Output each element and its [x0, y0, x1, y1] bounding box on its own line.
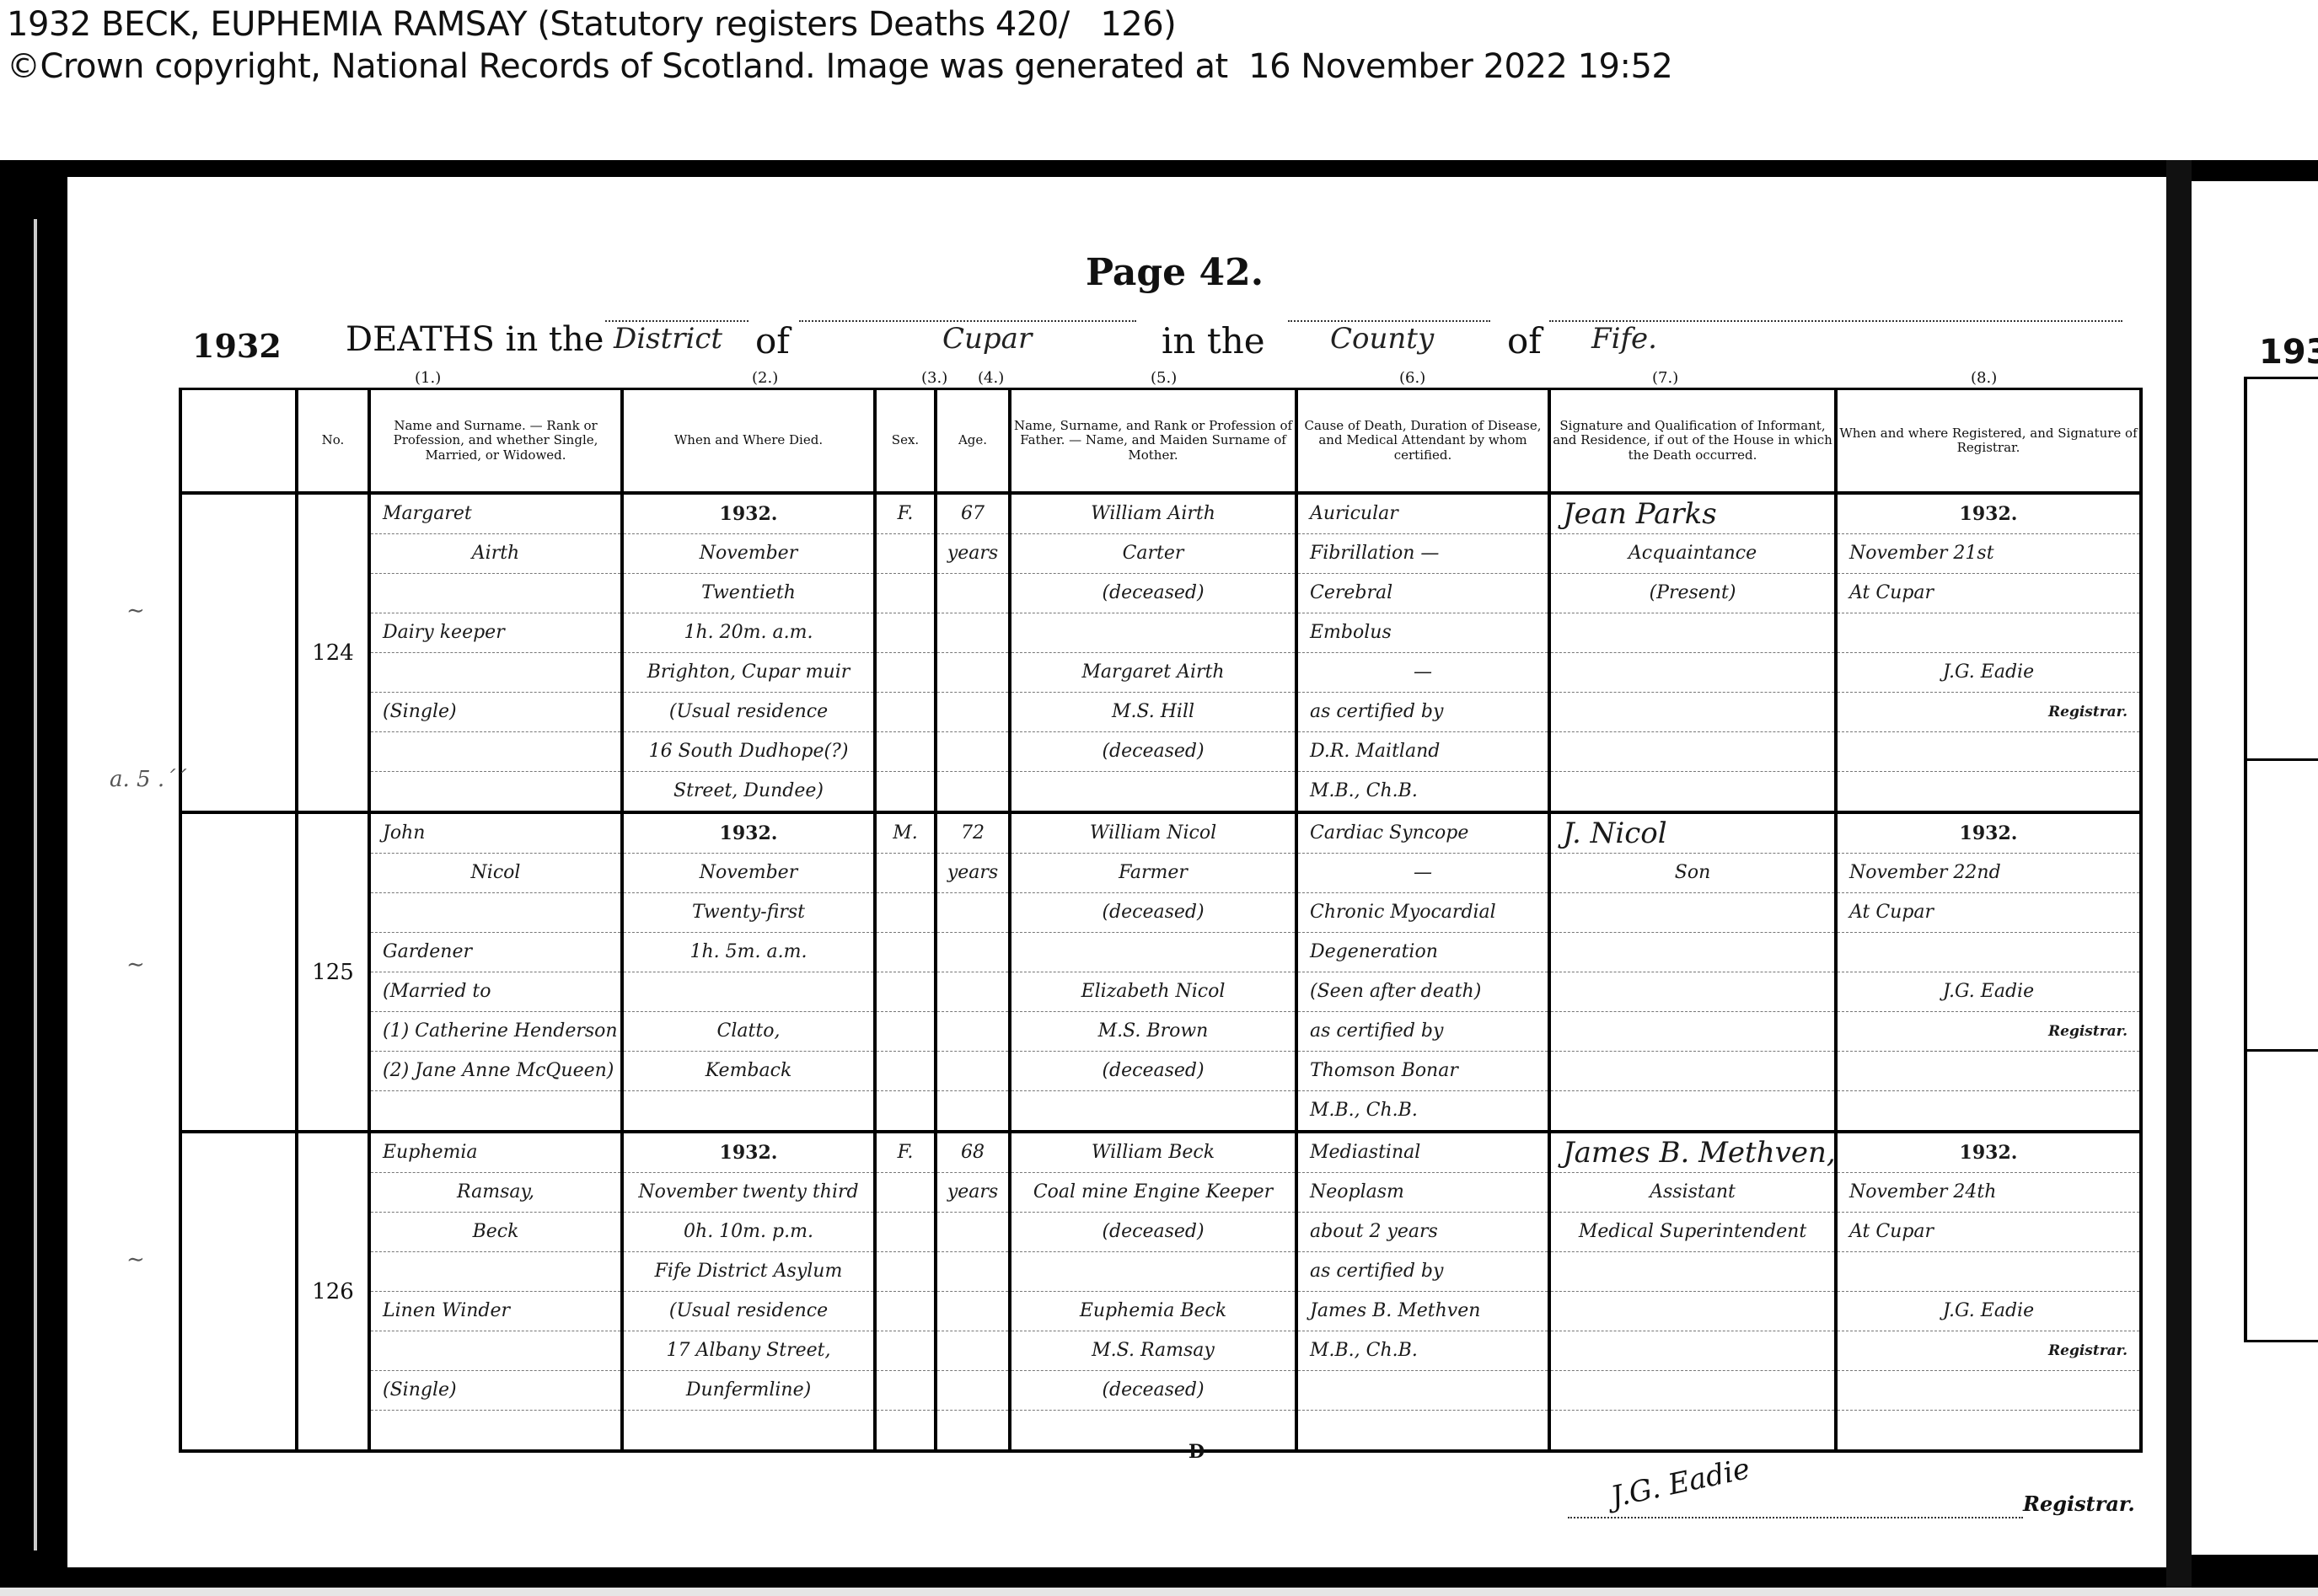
registrar-signature: J.G. Eadie — [1608, 1452, 1753, 1514]
when-where-cell-line: 1h. 5m. a.m. — [624, 933, 873, 972]
name-cell-line: (Married to — [371, 972, 620, 1012]
cause-cell-line: (Seen after death) — [1298, 972, 1548, 1012]
deaths-register-table: No. Name and Surname. — Rank or Professi… — [179, 388, 2143, 1453]
header-name: Name and Surname. — Rank or Profession, … — [369, 389, 622, 494]
parents-cell-line: William Airth — [1011, 495, 1295, 534]
cause-cell-line: Cardiac Syncope — [1298, 814, 1548, 854]
informant-cell-line — [1551, 732, 1834, 772]
informant-cell-line — [1551, 1292, 1834, 1331]
registrar-label: Registrar. — [2023, 1492, 2135, 1516]
when-where-cell-line: Brighton, Cupar muir — [624, 653, 873, 693]
sex-cell: F. — [875, 493, 936, 812]
scan-bottom-edge — [0, 1588, 2318, 1596]
informant-cell-line — [1551, 693, 1834, 732]
header-no: No. — [297, 389, 369, 494]
name-cell-line — [371, 1331, 620, 1371]
parents-cell-line: M.S. Hill — [1011, 693, 1295, 732]
cause-cell-line: as certified by — [1298, 1012, 1548, 1052]
parents-cell-line: William Nicol — [1011, 814, 1295, 854]
informant-cell-line — [1551, 1052, 1834, 1091]
cause-cell-line: Neoplasm — [1298, 1173, 1548, 1213]
sex-line — [877, 1292, 934, 1331]
name-cell: EuphemiaRamsay,BeckLinen Winder(Single) — [369, 1132, 622, 1451]
header-when-where: When and Where Died. — [622, 389, 875, 494]
sex-line — [877, 732, 934, 772]
entry-number: 126 — [297, 1132, 369, 1451]
registered-cell-line: At Cupar — [1838, 574, 2139, 613]
informant-cell-line — [1551, 1012, 1834, 1052]
age-cell: 68years — [936, 1132, 1010, 1451]
parents-cell-line: William Beck — [1011, 1133, 1295, 1173]
signature-line — [1568, 1517, 2023, 1518]
informant-cell-line: (Present) — [1551, 574, 1834, 613]
parents-cell-line: Coal mine Engine Keeper — [1011, 1173, 1295, 1213]
parents-cell-line: (deceased) — [1011, 1052, 1295, 1091]
copyright-notice: ©Crown copyright, National Records of Sc… — [7, 47, 1672, 86]
cause-cell-line: Embolus — [1298, 613, 1548, 653]
sex-line: F. — [877, 1133, 934, 1173]
age-cell: 72years — [936, 812, 1010, 1132]
registered-cell-line — [1838, 933, 2139, 972]
column-number: (4.) — [978, 369, 1004, 387]
margin-cell — [180, 1132, 297, 1451]
parents-cell-line — [1011, 1411, 1295, 1449]
name-cell: MargaretAirthDairy keeper(Single) — [369, 493, 622, 812]
informant-cell-line: Medical Superintendent — [1551, 1213, 1834, 1252]
column-number: (6.) — [1399, 369, 1425, 387]
registered-cell-line: 1932. — [1838, 495, 2139, 534]
when-where-cell-line: 1932. — [624, 495, 873, 534]
informant-cell-line — [1551, 613, 1834, 653]
parents-cell-line: Margaret Airth — [1011, 653, 1295, 693]
name-cell-line: Ramsay, — [371, 1173, 620, 1213]
cause-cell-line: as certified by — [1298, 1252, 1548, 1292]
cause-cell-line: Mediastinal — [1298, 1133, 1548, 1173]
when-where-cell: 1932.NovemberTwentieth1h. 20m. a.m.Brigh… — [622, 493, 875, 812]
age-cell: 67years — [936, 493, 1010, 812]
registered-cell-line: J.G. Eadie — [1838, 972, 2139, 1012]
when-where-cell-line: 1932. — [624, 1133, 873, 1173]
informant-cell: J. NicolSon — [1549, 812, 1836, 1132]
name-cell-line — [371, 893, 620, 933]
header-registered: When and where Registered, and Signature… — [1836, 389, 2141, 494]
age-line — [937, 893, 1008, 933]
header-parents: Name, Surname, and Rank or Profession of… — [1010, 389, 1296, 494]
cause-cell-line: about 2 years — [1298, 1213, 1548, 1252]
name-cell-line: Nicol — [371, 854, 620, 893]
when-where-cell-line: November twenty third — [624, 1173, 873, 1213]
parents-cell-line: M.S. Brown — [1011, 1012, 1295, 1052]
parents-cell-line: M.S. Ramsay — [1011, 1331, 1295, 1371]
age-line — [937, 653, 1008, 693]
record-title: 1932 BECK, EUPHEMIA RAMSAY (Statutory re… — [7, 5, 1176, 44]
sex-line: M. — [877, 814, 934, 854]
parents-cell-line: (deceased) — [1011, 1213, 1295, 1252]
margin-cell — [180, 812, 297, 1132]
informant-cell-line: James B. Methven, — [1551, 1133, 1834, 1173]
registered-cell-line: At Cupar — [1838, 1213, 2139, 1252]
age-line — [937, 972, 1008, 1012]
registered-cell-line — [1838, 732, 2139, 772]
informant-cell-line — [1551, 1371, 1834, 1411]
informant-cell-line: Acquaintance — [1551, 534, 1834, 574]
registered-cell-line: Registrar. — [1838, 1012, 2139, 1052]
entry-number: 124 — [297, 493, 369, 812]
when-where-cell-line: 0h. 10m. p.m. — [624, 1213, 873, 1252]
sex-line — [877, 693, 934, 732]
name-cell-line: Airth — [371, 534, 620, 574]
registered-cell: 1932.November 24thAt CuparJ.G. EadieRegi… — [1836, 1132, 2141, 1451]
cause-cell: AuricularFibrillation —CerebralEmbolus—a… — [1296, 493, 1549, 812]
column-number: (7.) — [1652, 369, 1678, 387]
margin-note: ∼ — [126, 1247, 145, 1272]
informant-cell-line — [1551, 933, 1834, 972]
when-where-cell-line: Dunfermline) — [624, 1371, 873, 1411]
cause-cell-line: — — [1298, 854, 1548, 893]
margin-note: ∼ — [126, 952, 145, 977]
cause-cell-line: Chronic Myocardial — [1298, 893, 1548, 933]
informant-cell-line — [1551, 1252, 1834, 1292]
age-line — [937, 1331, 1008, 1371]
age-line — [937, 1371, 1008, 1411]
table-row: 125JohnNicolGardener(Married to(1) Cathe… — [180, 812, 2141, 1132]
cause-cell-line: as certified by — [1298, 693, 1548, 732]
register-year: 1932 — [192, 327, 282, 365]
parents-cell-line — [1011, 933, 1295, 972]
registered-cell-line — [1838, 1252, 2139, 1292]
age-line: years — [937, 534, 1008, 574]
name-cell-line — [371, 732, 620, 772]
parents-cell-line: Carter — [1011, 534, 1295, 574]
parents-cell: William BeckCoal mine Engine Keeper(dece… — [1010, 1132, 1296, 1451]
sex-line — [877, 1252, 934, 1292]
district-name: Cupar — [942, 322, 1032, 356]
registered-cell: 1932.November 21stAt CuparJ.G. EadieRegi… — [1836, 493, 2141, 812]
margin-note: ∼ — [126, 598, 145, 624]
registered-cell-line — [1838, 1371, 2139, 1411]
name-cell-line: (1) Catherine Henderson — [371, 1012, 620, 1052]
book-gutter — [2166, 160, 2192, 1596]
when-where-cell-line: Street, Dundee) — [624, 772, 873, 811]
sex-line — [877, 1371, 934, 1411]
when-where-cell-line: November — [624, 534, 873, 574]
when-where-cell-line: Twenty-first — [624, 893, 873, 933]
header-sex: Sex. — [875, 389, 936, 494]
sex-line — [877, 1213, 934, 1252]
informant-cell: James B. Methven,AssistantMedical Superi… — [1549, 1132, 1836, 1451]
name-cell-line: (2) Jane Anne McQueen) — [371, 1052, 620, 1091]
sex-line — [877, 1052, 934, 1091]
when-where-cell-line: 1h. 20m. a.m. — [624, 613, 873, 653]
in-the-label: in the — [1162, 320, 1265, 362]
age-line — [937, 732, 1008, 772]
parents-cell-line: (deceased) — [1011, 574, 1295, 613]
column-number: (2.) — [752, 369, 778, 387]
registered-cell-line: November 22nd — [1838, 854, 2139, 893]
informant-cell-line: J. Nicol — [1551, 814, 1834, 854]
cause-cell-line: M.B., Ch.B. — [1298, 1331, 1548, 1371]
margin-cell — [180, 493, 297, 812]
informant-cell-line — [1551, 772, 1834, 811]
registered-cell-line: Registrar. — [1838, 693, 2139, 732]
cause-cell: Cardiac Syncope—Chronic MyocardialDegene… — [1296, 812, 1549, 1132]
age-line — [937, 1091, 1008, 1130]
sex-line — [877, 933, 934, 972]
age-line — [937, 772, 1008, 811]
age-line — [937, 1052, 1008, 1091]
informant-cell-line — [1551, 972, 1834, 1012]
age-line: 72 — [937, 814, 1008, 854]
facing-page: 193 — [2192, 181, 2318, 1555]
when-where-cell-line: 16 South Dudhope(?) — [624, 732, 873, 772]
when-where-cell-line — [624, 972, 873, 1012]
sex-line — [877, 534, 934, 574]
age-line: years — [937, 1173, 1008, 1213]
informant-cell-line — [1551, 1331, 1834, 1371]
cause-cell-line: Fibrillation — — [1298, 534, 1548, 574]
column-number: (8.) — [1971, 369, 1997, 387]
cause-cell-line — [1298, 1411, 1548, 1449]
registered-cell-line: Registrar. — [1838, 1331, 2139, 1371]
age-line — [937, 1012, 1008, 1052]
facing-page-year: 193 — [2259, 333, 2318, 372]
name-cell-line — [371, 1252, 620, 1292]
name-cell-line: Linen Winder — [371, 1292, 620, 1331]
register-scan: Page 42. 1932 DEATHS in the District of … — [0, 160, 2318, 1596]
facing-page-table — [2244, 377, 2318, 1342]
age-line — [937, 1411, 1008, 1449]
sex-line — [877, 854, 934, 893]
parents-cell-line: Farmer — [1011, 854, 1295, 893]
cause-cell-line: M.B., Ch.B. — [1298, 772, 1548, 811]
name-cell-line — [371, 574, 620, 613]
sex-line — [877, 574, 934, 613]
sex-line — [877, 653, 934, 693]
sex-line — [877, 1173, 934, 1213]
table-row: 126EuphemiaRamsay,BeckLinen Winder(Singl… — [180, 1132, 2141, 1451]
registered-cell-line: 1932. — [1838, 814, 2139, 854]
sex-line — [877, 613, 934, 653]
when-where-cell-line: (Usual residence — [624, 693, 873, 732]
of-label: of — [755, 320, 790, 362]
sex-cell: F. — [875, 1132, 936, 1451]
of-label: of — [1507, 320, 1542, 362]
name-cell-line: Euphemia — [371, 1133, 620, 1173]
sex-line — [877, 1331, 934, 1371]
age-line — [937, 1292, 1008, 1331]
name-cell-line — [371, 653, 620, 693]
cause-cell-line: Thomson Bonar — [1298, 1052, 1548, 1091]
cause-cell-line: Auricular — [1298, 495, 1548, 534]
when-where-cell-line — [624, 1091, 873, 1130]
sex-line — [877, 1012, 934, 1052]
when-where-cell-line: Kemback — [624, 1052, 873, 1091]
when-where-cell-line: 1932. — [624, 814, 873, 854]
column-number: (3.) — [921, 369, 947, 387]
parents-cell-line — [1011, 772, 1295, 811]
name-cell-line: Beck — [371, 1213, 620, 1252]
parents-cell-line: Euphemia Beck — [1011, 1292, 1295, 1331]
cause-cell-line: Degeneration — [1298, 933, 1548, 972]
when-where-cell-line: Twentieth — [624, 574, 873, 613]
register-title: 1932 DEATHS in the District of Cupar in … — [192, 320, 2131, 371]
age-line: years — [937, 854, 1008, 893]
age-line — [937, 613, 1008, 653]
registered-cell: 1932.November 22ndAt CuparJ.G. EadieRegi… — [1836, 812, 2141, 1132]
cause-cell-line: — — [1298, 653, 1548, 693]
cause-cell-line: D.R. Maitland — [1298, 732, 1548, 772]
name-cell-line: John — [371, 814, 620, 854]
registered-cell-line — [1838, 1091, 2139, 1130]
age-line: 67 — [937, 495, 1008, 534]
name-cell-line — [371, 1091, 620, 1130]
registered-cell-line — [1838, 613, 2139, 653]
informant-cell-line — [1551, 1091, 1834, 1130]
when-where-cell-line: Clatto, — [624, 1012, 873, 1052]
informant-cell-line — [1551, 893, 1834, 933]
age-line — [937, 574, 1008, 613]
informant-cell-line: Son — [1551, 854, 1834, 893]
entry-number: 125 — [297, 812, 369, 1132]
district-type: District — [614, 322, 722, 356]
name-cell-line: (Single) — [371, 1371, 620, 1411]
informant-cell-line — [1551, 1411, 1834, 1449]
county-type: County — [1330, 322, 1434, 356]
footer-mark: D — [1189, 1441, 1205, 1463]
parents-cell-line — [1011, 1252, 1295, 1292]
parents-cell-line: (deceased) — [1011, 893, 1295, 933]
parents-cell-line: (deceased) — [1011, 1371, 1295, 1411]
cause-cell-line: Cerebral — [1298, 574, 1548, 613]
header-age: Age. — [936, 389, 1010, 494]
cause-cell: MediastinalNeoplasmabout 2 yearsas certi… — [1296, 1132, 1549, 1451]
when-where-cell-line: 17 Albany Street, — [624, 1331, 873, 1371]
name-cell-line: Gardener — [371, 933, 620, 972]
when-where-cell-line: Fife District Asylum — [624, 1252, 873, 1292]
register-page: Page 42. 1932 DEATHS in the District of … — [67, 177, 2192, 1567]
registered-cell-line: J.G. Eadie — [1838, 653, 2139, 693]
sex-line: F. — [877, 495, 934, 534]
registered-cell-line — [1838, 772, 2139, 811]
margin-column-header — [180, 389, 297, 494]
name-cell-line — [371, 1411, 620, 1449]
name-cell-line — [371, 772, 620, 811]
parents-cell-line: (deceased) — [1011, 732, 1295, 772]
parents-cell-line — [1011, 1091, 1295, 1130]
parents-cell-line — [1011, 613, 1295, 653]
informant-cell-line — [1551, 653, 1834, 693]
margin-note: a. 5 .´´ — [110, 767, 186, 792]
informant-cell-line: Jean Parks — [1551, 495, 1834, 534]
age-line: 68 — [937, 1133, 1008, 1173]
age-line — [937, 1252, 1008, 1292]
sex-line — [877, 893, 934, 933]
sex-line — [877, 972, 934, 1012]
cause-cell-line — [1298, 1371, 1548, 1411]
registered-cell-line: At Cupar — [1838, 893, 2139, 933]
parents-cell: William NicolFarmer(deceased)Elizabeth N… — [1010, 812, 1296, 1132]
registered-cell-line: 1932. — [1838, 1133, 2139, 1173]
name-cell-line: (Single) — [371, 693, 620, 732]
parents-cell-line: Elizabeth Nicol — [1011, 972, 1295, 1012]
sex-line — [877, 772, 934, 811]
cause-cell-line: James B. Methven — [1298, 1292, 1548, 1331]
column-number: (5.) — [1151, 369, 1177, 387]
table-row: 124MargaretAirthDairy keeper(Single)1932… — [180, 493, 2141, 812]
name-cell-line: Dairy keeper — [371, 613, 620, 653]
registered-cell-line — [1838, 1411, 2139, 1449]
when-where-cell: 1932.NovemberTwenty-first1h. 5m. a.m.Cla… — [622, 812, 875, 1132]
informant-cell-line: Assistant — [1551, 1173, 1834, 1213]
registered-cell-line: November 21st — [1838, 534, 2139, 574]
sex-cell: M. — [875, 812, 936, 1132]
cause-cell-line: M.B., Ch.B. — [1298, 1091, 1548, 1130]
when-where-cell-line: November — [624, 854, 873, 893]
registered-cell-line — [1838, 1052, 2139, 1091]
when-where-cell-line — [624, 1411, 873, 1449]
when-where-cell-line: (Usual residence — [624, 1292, 873, 1331]
title-prefix: DEATHS in the — [346, 320, 604, 359]
registered-cell-line: J.G. Eadie — [1838, 1292, 2139, 1331]
informant-cell: Jean ParksAcquaintance(Present) — [1549, 493, 1836, 812]
registered-cell-line: November 24th — [1838, 1173, 2139, 1213]
age-line — [937, 693, 1008, 732]
header-informant: Signature and Qualification of Informant… — [1549, 389, 1836, 494]
age-line — [937, 933, 1008, 972]
page-number: Page 42. — [1086, 251, 1264, 294]
sex-line — [877, 1091, 934, 1130]
column-number: (1.) — [415, 369, 441, 387]
county-name: Fife. — [1591, 322, 1657, 356]
name-cell-line: Margaret — [371, 495, 620, 534]
when-where-cell: 1932.November twenty third0h. 10m. p.m.F… — [622, 1132, 875, 1451]
header-row: No. Name and Surname. — Rank or Professi… — [180, 389, 2141, 494]
name-cell: JohnNicolGardener(Married to(1) Catherin… — [369, 812, 622, 1132]
parents-cell: William AirthCarter(deceased)Margaret Ai… — [1010, 493, 1296, 812]
header-cause: Cause of Death, Duration of Disease, and… — [1296, 389, 1549, 494]
sex-line — [877, 1411, 934, 1449]
age-line — [937, 1213, 1008, 1252]
